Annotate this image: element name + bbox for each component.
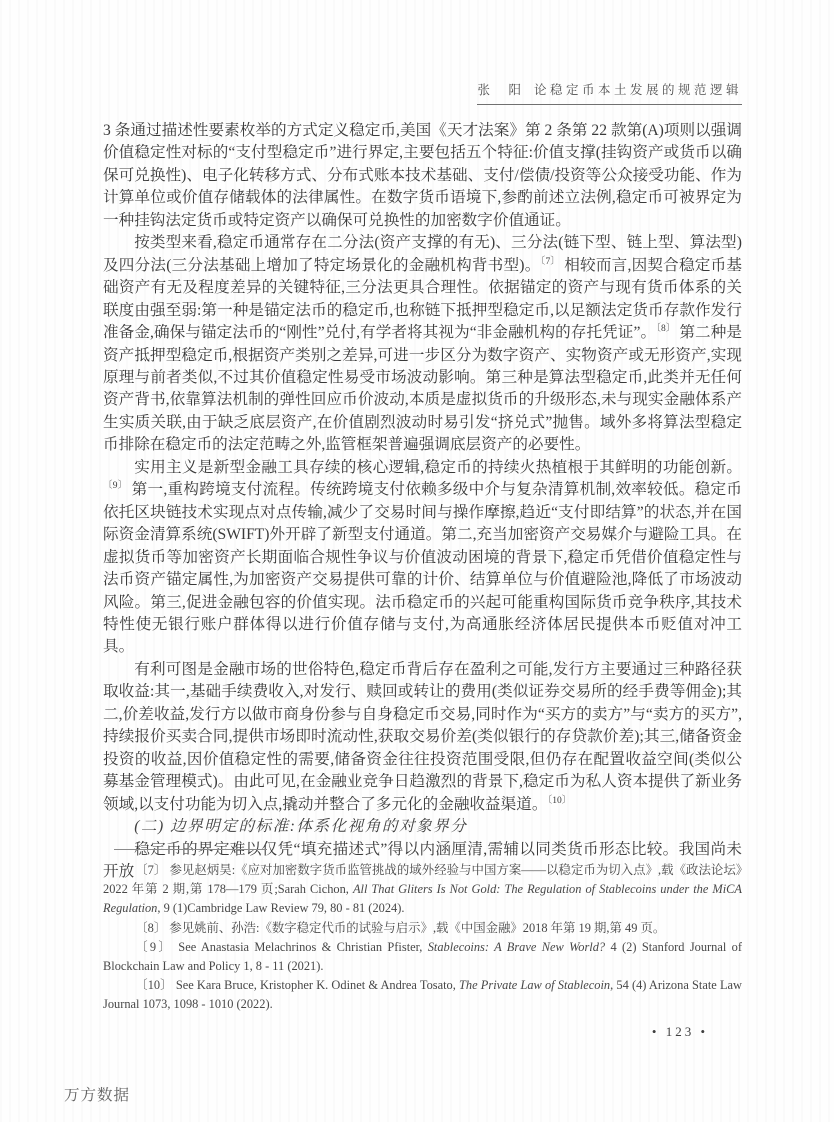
footnote-marker: 〔7〕 (541, 257, 561, 267)
body-paragraph: 按类型来看,稳定币通常存在二分法(资产支撑的有无)、三分法(链下型、链上型、算法… (103, 232, 742, 457)
footnote-marker: 〔8〕 (656, 324, 675, 334)
text-run: , 9 (1)Cambridge Law Review 79, 80 - 81 … (157, 901, 404, 915)
footnote-item: 〔10〕 See Kara Bruce, Kristopher K. Odine… (103, 976, 742, 1014)
text-run: 〔8〕 参见姚前、孙浩:《数字稳定代币的试验与启示》,载《中国金融》2018 年… (135, 921, 665, 935)
footnote-separator-rule (114, 849, 267, 850)
footnote-marker: 〔9〕 (103, 481, 128, 491)
text-run: 〔9〕 See Anastasia Melachrinos & Christia… (135, 940, 427, 954)
article-body: 3 条通过描述性要素枚举的方式定义稳定币,美国《天才法案》第 2 条第 22 款… (103, 120, 742, 883)
document-page: 张 阳论稳定币本土发展的规范逻辑 3 条通过描述性要素枚举的方式定义稳定币,美国… (0, 0, 834, 1122)
wanfang-watermark: 万方数据 (64, 1083, 130, 1105)
footnote-item: 〔8〕 参见姚前、孙浩:《数字稳定代币的试验与启示》,载《中国金融》2018 年… (103, 919, 742, 938)
text-run: 第一,重构跨境支付流程。传统跨境支付依赖多级中介与复杂清算机制,效率较低。稳定币… (103, 481, 742, 655)
text-run: 有利可图是金融市场的世俗特色,稳定币背后存在盈利之可能,发行方主要通过三种路径获… (103, 661, 742, 813)
text-run: 3 条通过描述性要素枚举的方式定义稳定币,美国《天才法案》第 2 条第 22 款… (103, 122, 742, 229)
text-run: Stablecoins: A Brave New World? (428, 940, 605, 954)
text-run: 〔10〕 See Kara Bruce, Kristopher K. Odine… (135, 978, 459, 992)
body-paragraph: 实用主义是新型金融工具存续的核心逻辑,稳定币的持续火热植根于其鲜明的功能创新。〔… (103, 457, 742, 659)
footnote-item: 〔9〕 See Anastasia Melachrinos & Christia… (103, 938, 742, 976)
running-header-text: 张 阳论稳定币本土发展的规范逻辑 (477, 80, 742, 105)
text-run: The Private Law of Stablecoin (459, 978, 610, 992)
text-run: 第二种是资产抵押型稳定币,根据资产类别之差异,可进一步区分为数字资产、实物资产或… (103, 324, 742, 453)
footnote-marker: 〔10〕 (547, 796, 571, 806)
page-number: • 123 • (0, 1024, 708, 1040)
footnotes-section: 〔7〕 参见赵炳昊:《应对加密数字货币监管挑战的域外经验与中国方案——以稳定币为… (103, 861, 742, 1015)
body-paragraph: 有利可图是金融市场的世俗特色,稳定币背后存在盈利之可能,发行方主要通过三种路径获… (103, 659, 742, 816)
body-paragraph: 3 条通过描述性要素枚举的方式定义稳定币,美国《天才法案》第 2 条第 22 款… (103, 120, 742, 232)
header-author: 张 阳 (477, 83, 524, 97)
header-title: 论稳定币本土发展的规范逻辑 (534, 83, 742, 97)
text-run: 实用主义是新型金融工具存续的核心逻辑,稳定币的持续火热植根于其鲜明的功能创新。 (134, 459, 742, 476)
running-header: 张 阳论稳定币本土发展的规范逻辑 (103, 80, 742, 105)
text-run: (二) 边界明定的标准:体系化视角的对象界分 (134, 818, 467, 835)
section-heading: (二) 边界明定的标准:体系化视角的对象界分 (103, 816, 742, 838)
footnote-item: 〔7〕 参见赵炳昊:《应对加密数字货币监管挑战的域外经验与中国方案——以稳定币为… (103, 861, 742, 919)
